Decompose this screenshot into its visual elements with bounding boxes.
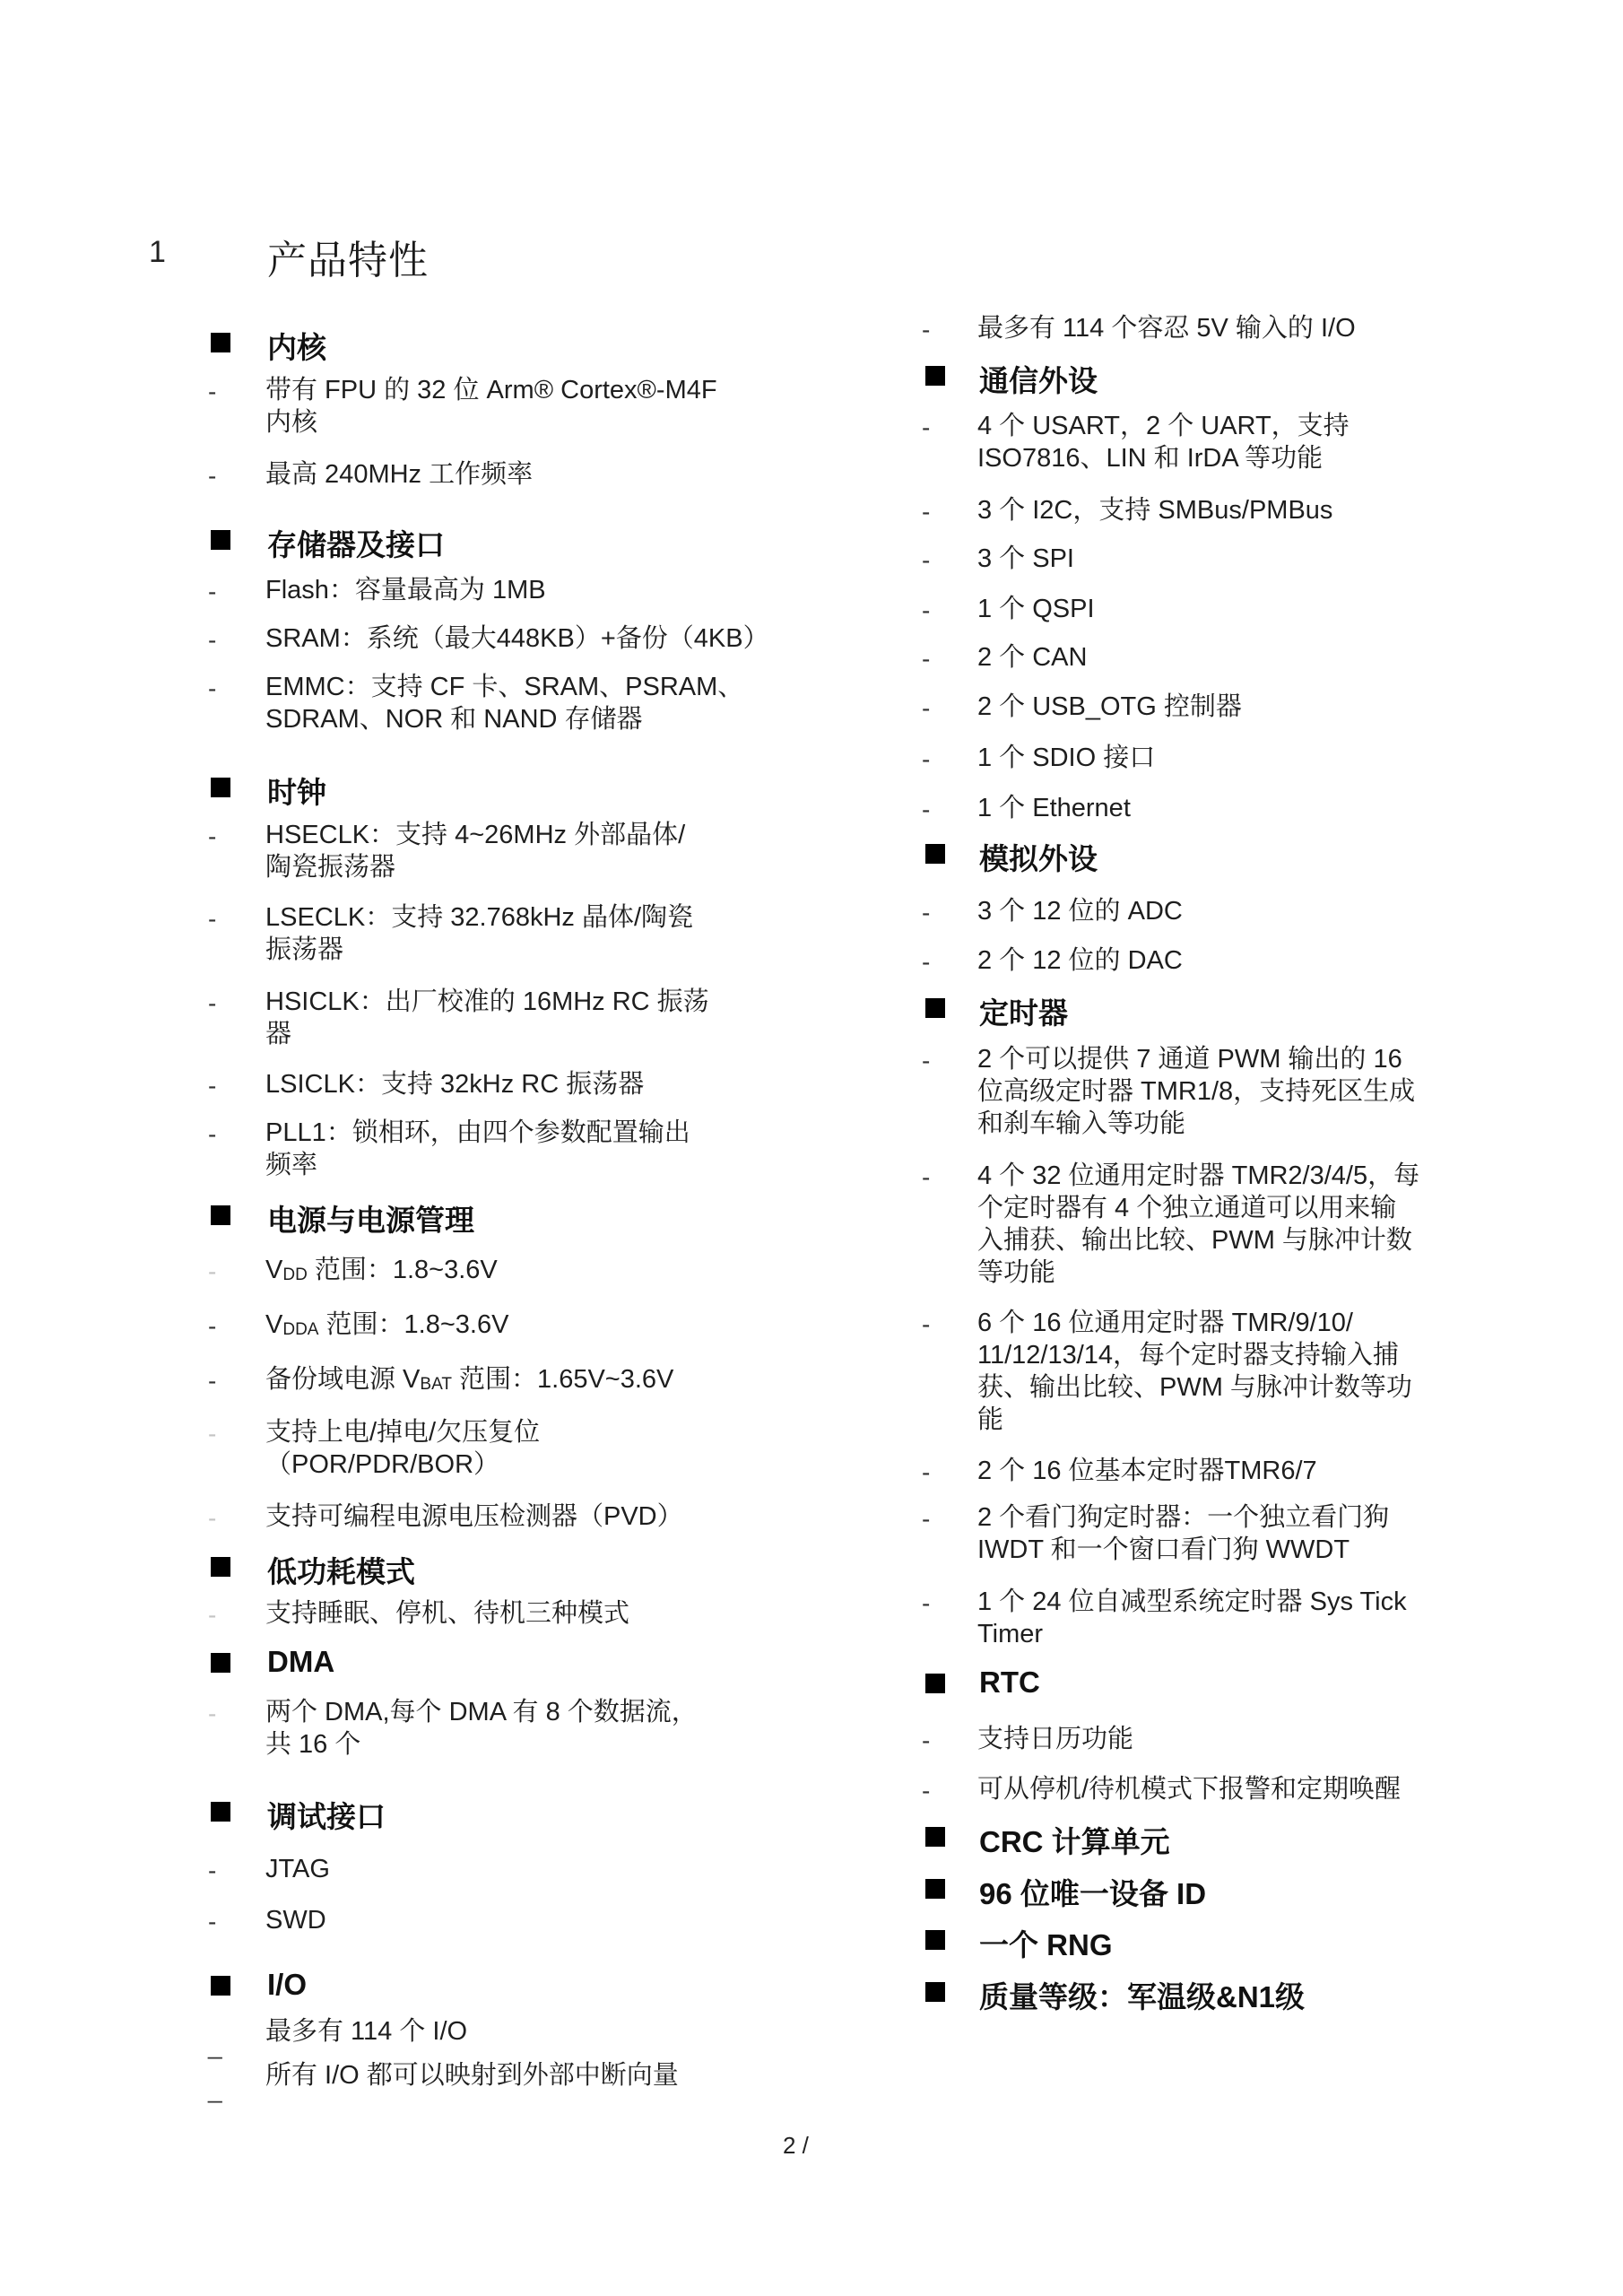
feature-item: VDD 范围：1.8~3.6V [265, 1254, 498, 1291]
feature-heading: DMA [267, 1645, 334, 1679]
dash-bullet-icon: - [922, 1777, 930, 1805]
dash-bullet-icon: - [922, 546, 930, 575]
subscript: DDA [282, 1320, 318, 1339]
feature-heading: 96 位唯一设备 ID [979, 1871, 1206, 1913]
feature-item: VDDA 范围：1.8~3.6V [265, 1309, 508, 1346]
feature-item-continuation: 等功能 [977, 1257, 1055, 1289]
dash-bullet-icon: - [922, 498, 930, 526]
feature-heading: I/O [267, 1968, 307, 2002]
dash-bullet-icon: - [208, 1601, 216, 1630]
dash-bullet-icon: - [208, 1367, 216, 1396]
feature-heading: 质量等级：军温级&N1级 [979, 1974, 1305, 2016]
feature-item: EMMC：支持 CF 卡、SRAM、PSRAM、 [265, 671, 743, 703]
dash-bullet-icon: - [208, 1072, 216, 1100]
feature-heading: 存储器及接口 [267, 522, 445, 564]
feature-item-continuation: 内核 [265, 406, 317, 439]
feature-item: 可从停机/待机模式下报警和定期唤醒 [977, 1773, 1401, 1805]
feature-item-continuation: 振荡器 [265, 934, 343, 966]
bullet-square-icon [211, 1976, 230, 1996]
feature-item: 两个 DMA,每个 DMA 有 8 个数据流， [265, 1696, 698, 1728]
bullet-square-icon [211, 1205, 230, 1225]
feature-item: 2 个看门狗定时器：一个独立看门狗 [977, 1501, 1389, 1534]
feature-item-continuation: 器 [265, 1018, 291, 1050]
feature-heading: 调试接口 [267, 1794, 386, 1836]
dash-bullet-icon: - [208, 1700, 216, 1728]
dash-bullet-icon: - [922, 596, 930, 625]
dash-bullet-icon: - [922, 1726, 930, 1755]
feature-item: 1 个 SDIO 接口 [977, 742, 1155, 774]
feature-item-continuation: （POR/PDR/BOR） [265, 1448, 499, 1481]
bullet-square-icon [211, 1653, 230, 1673]
feature-heading: 通信外设 [979, 358, 1098, 400]
dash-bullet-icon: - [922, 1047, 930, 1075]
dash-bullet-icon: - [922, 1458, 930, 1487]
dash-bullet-icon: - [208, 674, 216, 703]
dash-bullet-icon: _ [208, 2075, 222, 2104]
section-number: 1 [149, 235, 166, 270]
dash-bullet-icon: - [208, 905, 216, 934]
feature-item: JTAG [265, 1853, 330, 1885]
bullet-square-icon [925, 1930, 945, 1950]
feature-item-continuation: 共 16 个 [265, 1728, 360, 1761]
bullet-square-icon [925, 1827, 945, 1847]
feature-item-continuation: 入捕获、输出比较、PWM 与脉冲计数 [977, 1224, 1412, 1257]
dash-bullet-icon: - [922, 694, 930, 723]
bullet-square-icon [211, 530, 230, 550]
dash-bullet-icon: - [208, 1857, 216, 1885]
feature-item: Flash：容量最高为 1MB [265, 574, 546, 606]
feature-item: 最高 240MHz 工作频率 [265, 458, 533, 491]
feature-heading: 电源与电源管理 [267, 1197, 474, 1239]
feature-item-continuation: 个定时器有 4 个独立通道可以用来输 [977, 1192, 1396, 1224]
feature-item-continuation: 陶瓷振荡器 [265, 851, 395, 883]
dash-bullet-icon: _ [208, 2031, 222, 2060]
dash-bullet-icon: - [208, 1908, 216, 1936]
dash-bullet-icon: - [922, 745, 930, 774]
feature-item: 3 个 SPI [977, 543, 1074, 575]
feature-item: HSECLK：支持 4~26MHz 外部晶体/ [265, 819, 685, 851]
feature-heading: 内核 [267, 325, 326, 367]
feature-item: 支持睡眠、停机、待机三种模式 [265, 1597, 629, 1630]
dash-bullet-icon: - [208, 378, 216, 406]
feature-item: 支持日历功能 [977, 1723, 1133, 1755]
feature-item-continuation: ISO7816、LIN 和 IrDA 等功能 [977, 442, 1323, 474]
feature-item: 备份域电源 VBAT 范围：1.65V~3.6V [265, 1363, 673, 1401]
dash-bullet-icon: - [208, 1120, 216, 1149]
feature-item: 1 个 Ethernet [977, 792, 1131, 824]
bullet-square-icon [925, 1879, 945, 1899]
bullet-square-icon [925, 844, 945, 864]
feature-item: 6 个 16 位通用定时器 TMR/9/10/ [977, 1307, 1353, 1339]
feature-heading: 模拟外设 [979, 836, 1098, 878]
feature-item-continuation: 获、输出比较、PWM 与脉冲计数等功 [977, 1371, 1412, 1404]
feature-heading: 定时器 [979, 990, 1068, 1032]
dash-bullet-icon: - [922, 413, 930, 442]
dash-bullet-icon: - [208, 1257, 216, 1286]
feature-item: 2 个可以提供 7 通道 PWM 输出的 16 [977, 1043, 1402, 1075]
dash-bullet-icon: - [208, 462, 216, 491]
feature-item: HSICLK：出厂校准的 16MHz RC 振荡 [265, 986, 709, 1018]
feature-item: SWD [265, 1904, 326, 1936]
feature-item: 支持上电/掉电/欠压复位 [265, 1416, 540, 1448]
bullet-square-icon [925, 1674, 945, 1693]
feature-item-continuation: IWDT 和一个窗口看门狗 WWDT [977, 1534, 1350, 1566]
feature-item: LSECLK：支持 32.768kHz 晶体/陶瓷 [265, 901, 693, 934]
dash-bullet-icon: - [208, 626, 216, 655]
feature-item: 带有 FPU 的 32 位 Arm® Cortex®-M4F [265, 374, 717, 406]
feature-item: 最多有 114 个容忍 5V 输入的 I/O [977, 312, 1356, 344]
dash-bullet-icon: - [922, 1589, 930, 1618]
feature-item: 2 个 12 位的 DAC [977, 944, 1183, 977]
feature-item: 1 个 24 位自减型系统定时器 Sys Tick [977, 1586, 1407, 1618]
feature-heading: 一个 RNG [979, 1922, 1113, 1964]
feature-item: 最多有 114 个 I/O [265, 2015, 467, 2048]
dash-bullet-icon: - [922, 899, 930, 927]
feature-item: SRAM：系统（最大448KB）+备份（4KB） [265, 622, 769, 655]
bullet-square-icon [211, 1557, 230, 1577]
dash-bullet-icon: - [208, 989, 216, 1018]
feature-item-continuation: 11/12/13/14，每个定时器支持输入捕 [977, 1339, 1399, 1371]
feature-item: 支持可编程电源电压检测器（PVD） [265, 1500, 683, 1533]
dash-bullet-icon: - [922, 1310, 930, 1339]
feature-item: 3 个 I2C，支持 SMBus/PMBus [977, 494, 1332, 526]
dash-bullet-icon: - [922, 1163, 930, 1192]
feature-item: LSICLK：支持 32kHz RC 振荡器 [265, 1068, 644, 1100]
dash-bullet-icon: - [208, 578, 216, 606]
subscript: DD [282, 1265, 307, 1284]
subscript: BAT [420, 1375, 452, 1394]
dash-bullet-icon: - [208, 1504, 216, 1533]
feature-item: 2 个 CAN [977, 641, 1087, 674]
feature-item-continuation: Timer [977, 1618, 1043, 1650]
bullet-square-icon [925, 998, 945, 1018]
page-number: 2 / [783, 2132, 809, 2160]
bullet-square-icon [211, 333, 230, 352]
feature-item: 4 个 USART，2 个 UART，支持 [977, 410, 1350, 442]
feature-item-continuation: SDRAM、NOR 和 NAND 存储器 [265, 703, 643, 735]
feature-item-continuation: 位高级定时器 TMR1/8，支持死区生成 [977, 1075, 1415, 1108]
dash-bullet-icon: - [922, 316, 930, 344]
feature-heading: CRC 计算单元 [979, 1819, 1170, 1861]
feature-item: 2 个 USB_OTG 控制器 [977, 691, 1242, 723]
dash-bullet-icon: - [922, 645, 930, 674]
section-title: 产品特性 [267, 228, 429, 285]
dash-bullet-icon: - [922, 948, 930, 977]
bullet-square-icon [925, 1982, 945, 2002]
dash-bullet-icon: - [922, 796, 930, 824]
dash-bullet-icon: - [922, 1505, 930, 1534]
feature-item: 3 个 12 位的 ADC [977, 895, 1183, 927]
feature-heading: 低功耗模式 [267, 1549, 415, 1591]
bullet-square-icon [211, 778, 230, 797]
feature-item: PLL1：锁相环，由四个参数配置输出 [265, 1117, 690, 1149]
feature-item: 所有 I/O 都可以映射到外部中断向量 [265, 2059, 679, 2092]
bullet-square-icon [211, 1802, 230, 1822]
dash-bullet-icon: - [208, 1312, 216, 1341]
feature-item-continuation: 和刹车输入等功能 [977, 1108, 1185, 1140]
feature-item-continuation: 能 [977, 1404, 1003, 1436]
feature-item: 2 个 16 位基本定时器TMR6/7 [977, 1455, 1317, 1487]
dash-bullet-icon: - [208, 1420, 216, 1448]
feature-heading: RTC [979, 1665, 1040, 1700]
dash-bullet-icon: - [208, 822, 216, 851]
feature-item: 1 个 QSPI [977, 593, 1095, 625]
bullet-square-icon [925, 366, 945, 386]
feature-item-continuation: 频率 [265, 1149, 317, 1181]
feature-heading: 时钟 [267, 770, 326, 812]
feature-item: 4 个 32 位通用定时器 TMR2/3/4/5，每 [977, 1160, 1419, 1192]
